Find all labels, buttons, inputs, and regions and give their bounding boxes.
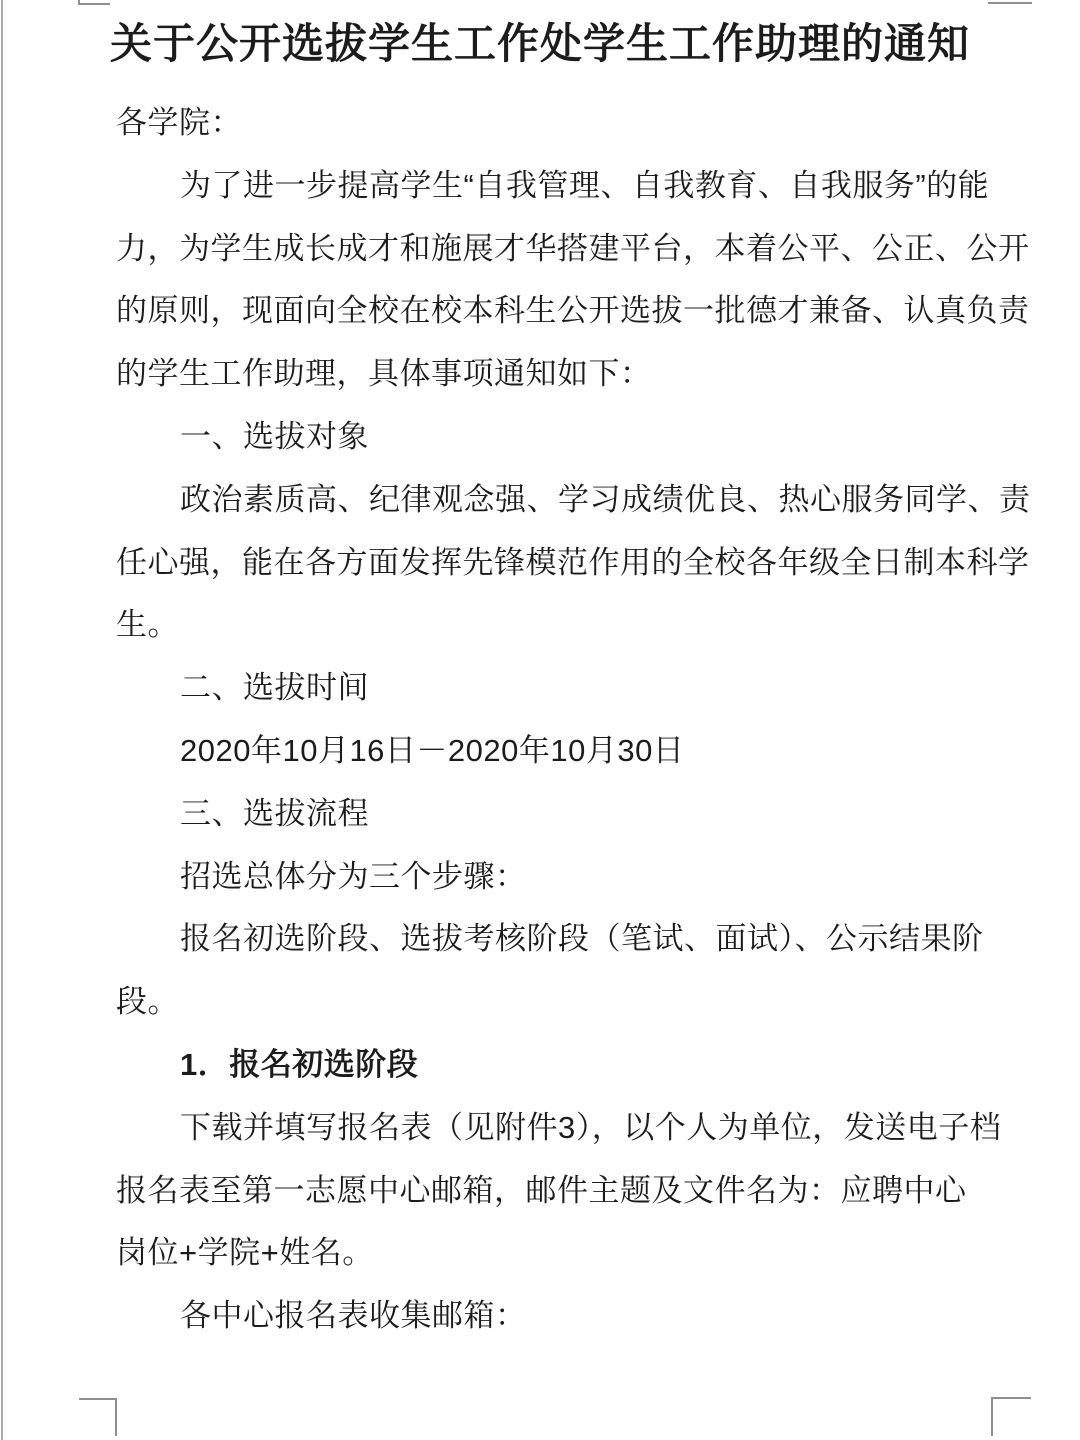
paragraph-line: 任心强，能在各方面发挥先锋模范作用的全校各年级全日制本科学 [116,532,992,595]
paragraph-line: 为了进一步提高学生“自我管理、自我教育、自我服务”的能 [116,155,992,218]
paragraph-line: 各中心报名表收集邮箱： [116,1285,992,1348]
paragraph-line: 段。 [116,971,992,1034]
paragraph-line: 各学院： [116,92,992,155]
numbered-subheading-line: 1．报名初选阶段 [116,1034,992,1097]
text-boundary-mark-top-left [78,0,110,5]
paragraph-line: 生。 [116,594,992,657]
paragraph-line: 岗位+学院+姓名。 [116,1222,992,1285]
text-boundary-mark-top-right [988,0,1032,4]
text-boundary-mark-bottom-left [79,1398,117,1436]
paragraph-line: 一、选拔对象 [116,406,992,469]
page-left-edge [1,0,3,1440]
paragraph-line: 的学生工作助理，具体事项通知如下： [116,343,992,406]
paragraph-line: 三、选拔流程 [116,783,992,846]
paragraph-line: 下载并填写报名表（见附件3），以个人为单位，发送电子档 [116,1097,992,1160]
document-title: 关于公开选拔学生工作处学生工作助理的通知 [0,12,1080,76]
paragraph-line: 政治素质高、纪律观念强、学习成绩优良、热心服务同学、责 [116,469,992,532]
paragraph-line: 报名初选阶段、选拔考核阶段（笔试、面试）、公示结果阶 [116,908,992,971]
paragraph-line: 二、选拔时间 [116,657,992,720]
paragraph-line: 报名表至第一志愿中心邮箱，邮件主题及文件名为：应聘中心 [116,1160,992,1223]
paragraph-line: 2020年10月16日－2020年10月30日 [116,720,992,783]
paragraph-line: 招选总体分为三个步骤： [116,846,992,909]
text-boundary-mark-bottom-right [991,1397,1031,1436]
paragraph-line: 的原则，现面向全校在校本科生公开选拔一批德才兼备、认真负责 [116,280,992,343]
paragraph-line: 力，为学生成长成才和施展才华搭建平台，本着公平、公正、公开 [116,218,992,281]
document-page: 关于公开选拔学生工作处学生工作助理的通知 各学院：为了进一步提高学生“自我管理、… [0,0,1080,1440]
document-body: 各学院：为了进一步提高学生“自我管理、自我教育、自我服务”的能力，为学生成长成才… [116,92,992,1348]
